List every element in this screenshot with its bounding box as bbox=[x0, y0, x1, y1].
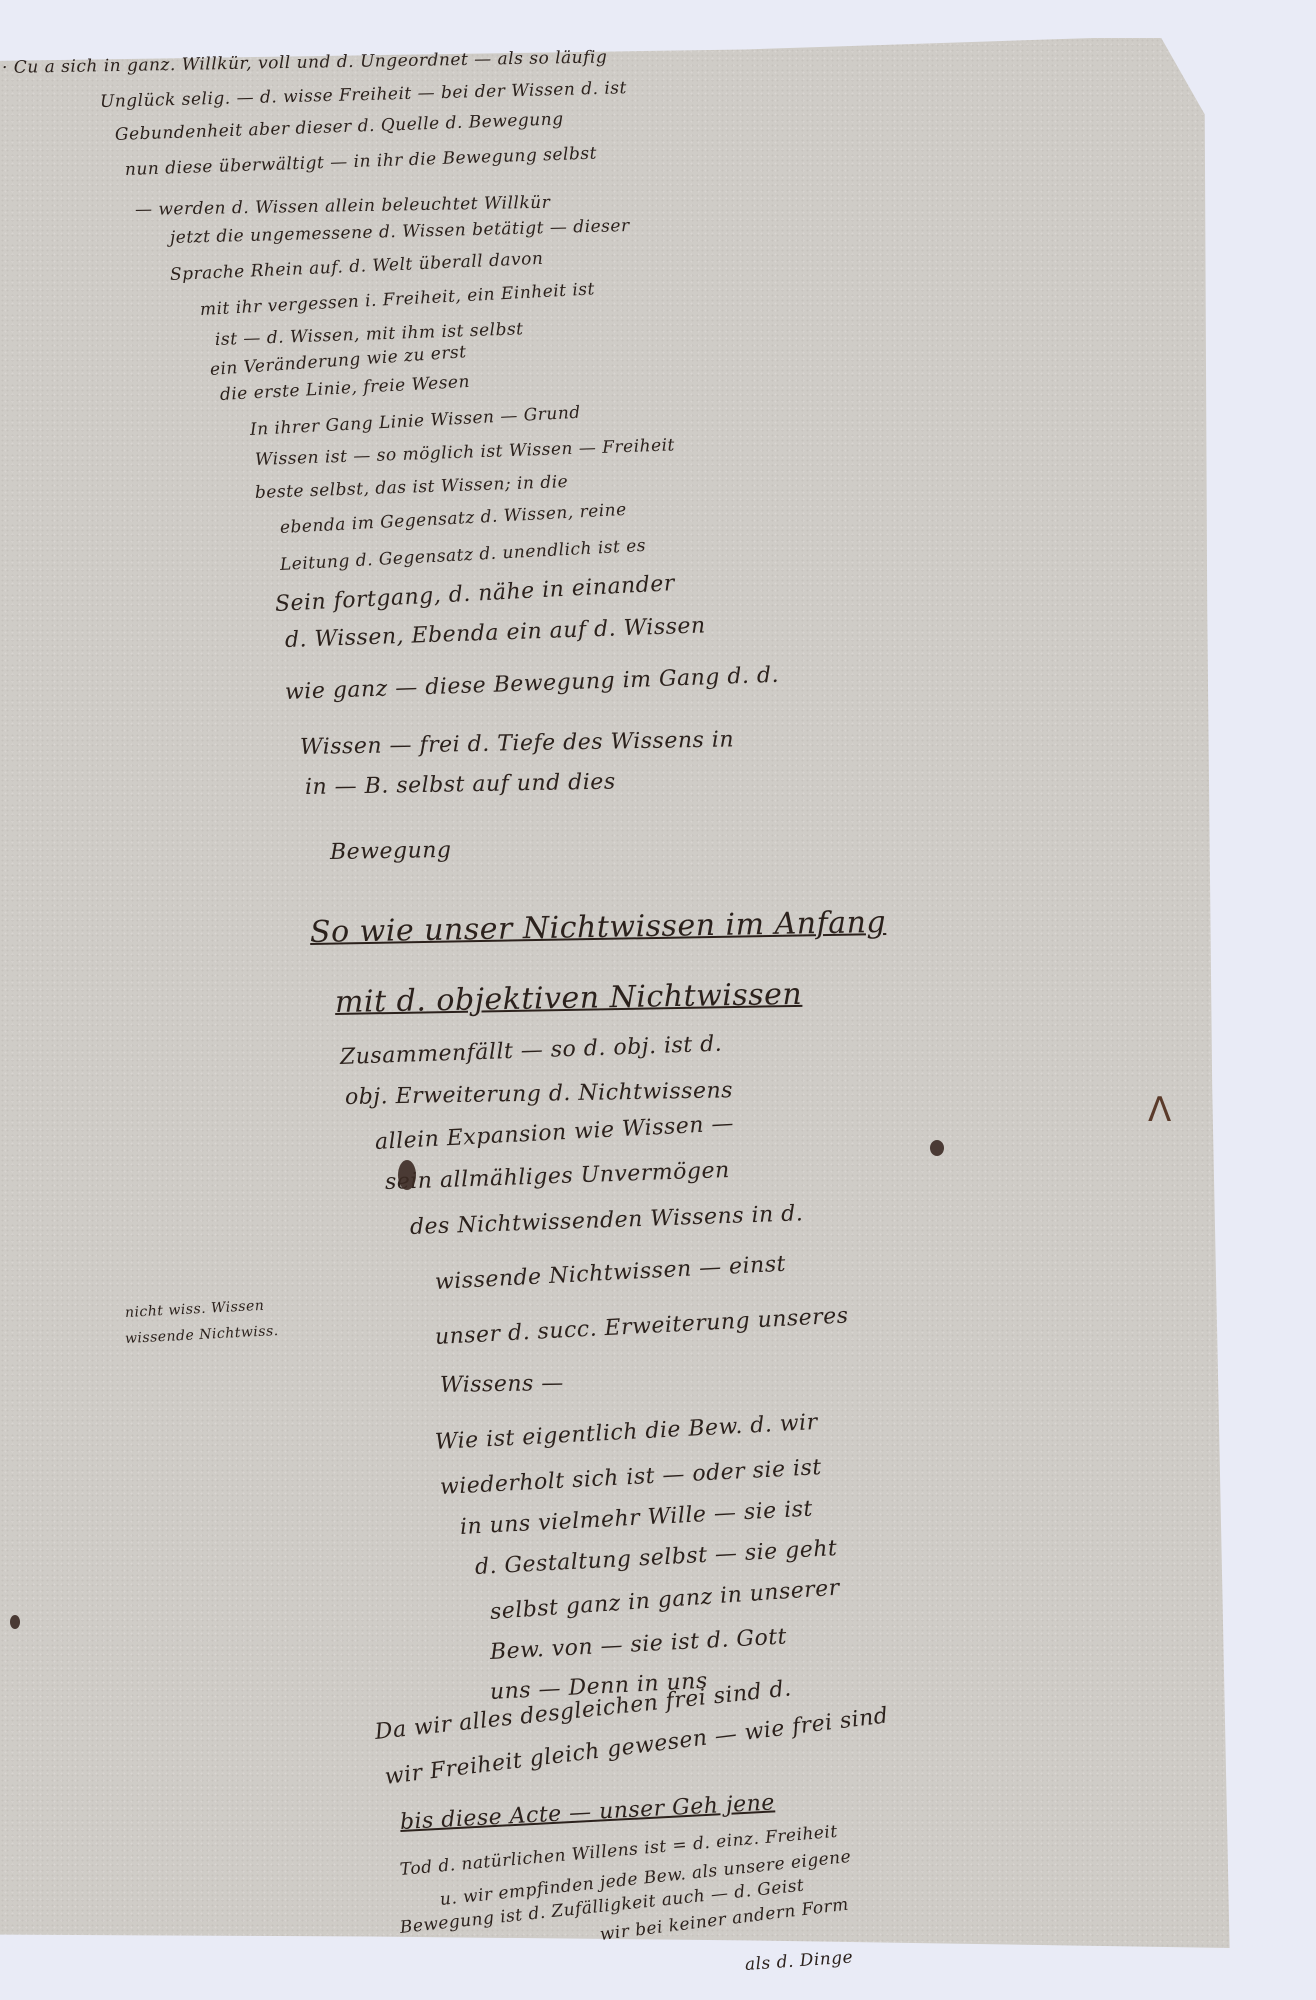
ink-blot bbox=[930, 1140, 944, 1156]
ink-blot bbox=[10, 1615, 20, 1629]
handwritten-line: Bewegung bbox=[330, 838, 452, 865]
handwritten-line: als d. Dinge bbox=[744, 1947, 853, 1975]
handwritten-line: Wissens — bbox=[440, 1371, 564, 1398]
ink-blot bbox=[398, 1160, 416, 1190]
margin-insertion-mark: Λ bbox=[1148, 1090, 1171, 1130]
